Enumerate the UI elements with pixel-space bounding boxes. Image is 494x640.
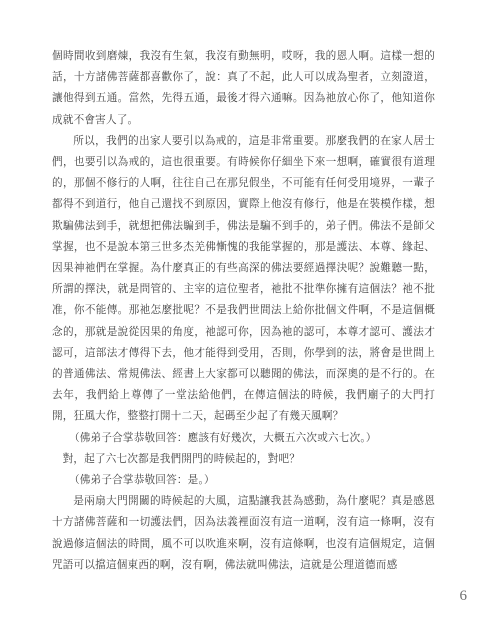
paragraph-body: 所以，我們的出家人要引以為戒的，這是非常重要。那麼我們的在家人居士們，也要引以為… (52, 131, 435, 428)
speaker-line: 對，起了六七次都是我們開門的時候起的，對吧？ (52, 449, 435, 470)
dialog-reply-line: （佛弟子合掌恭敬回答：是。） (52, 470, 435, 491)
paragraph-continuation: 個時間收到磨煉，我沒有生氣，我沒有動無明，哎呀，我的恩人啊。這樣一想的話，十方諸… (52, 46, 435, 131)
paragraph-body: 是兩扇大門開關的時候起的大風，這點讓我甚為感動，為什麼呢？真是感恩十方諸佛菩薩和… (52, 491, 435, 576)
page-number: 6 (460, 588, 468, 605)
document-page: 個時間收到磨煉，我沒有生氣，我沒有動無明，哎呀，我的恩人啊。這樣一想的話，十方諸… (0, 0, 494, 640)
text-block: 個時間收到磨煉，我沒有生氣，我沒有動無明，哎呀，我的恩人啊。這樣一想的話，十方諸… (52, 46, 435, 576)
dialog-reply-line: （佛弟子合掌恭敬回答：應該有好幾次，大概五六次或六七次。） (52, 428, 435, 449)
